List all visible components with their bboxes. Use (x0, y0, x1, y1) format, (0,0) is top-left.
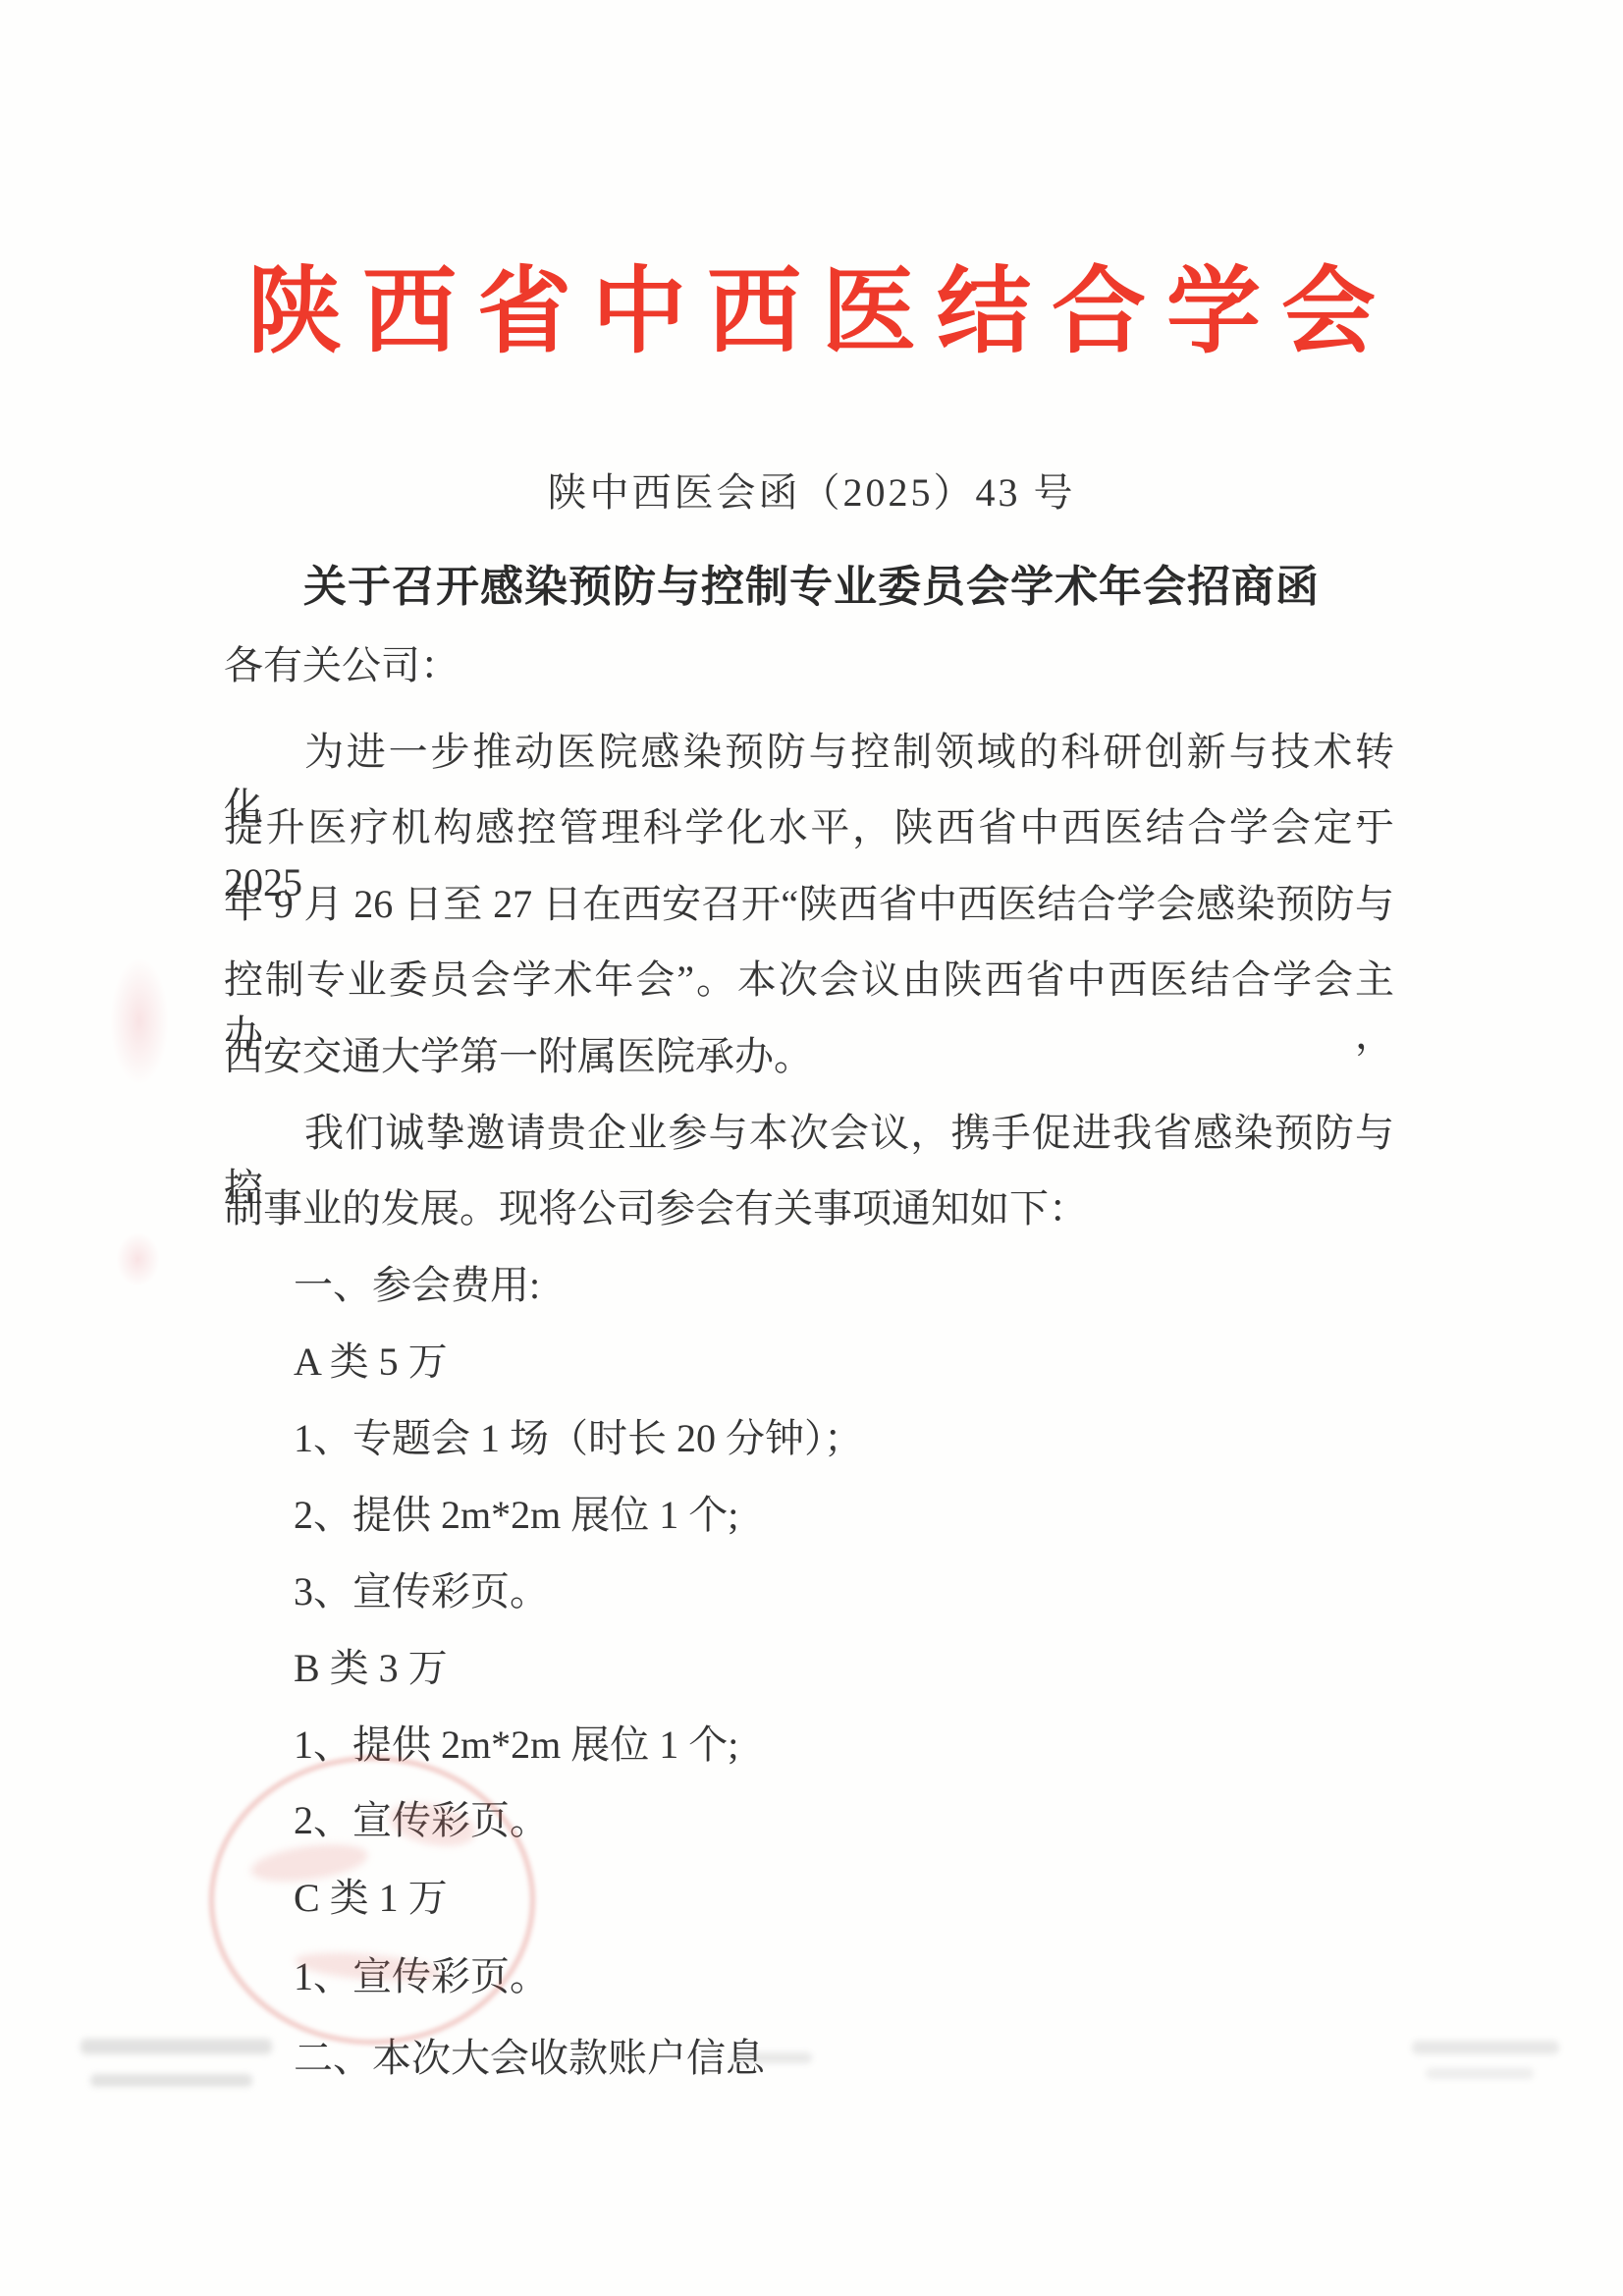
fee-item: 1、提供 2m*2m 展位 1 个; (294, 1718, 738, 1773)
org-title: 陕西省中西医结合学会 (0, 257, 1623, 367)
fee-item-b-class: B 类 3 万 (294, 1641, 448, 1696)
salutation: 各有关公司： (224, 638, 460, 693)
subject-line: 关于召开感染预防与控制专业委员会学术年会招商函 (0, 558, 1623, 617)
fee-item: 2、提供 2m*2m 展位 1 个; (294, 1488, 738, 1543)
scanned-letter-page: 陕西省中西医结合学会 陕中西医会函（2025）43 号 关于召开感染预防与控制专… (0, 0, 1623, 2296)
section1-heading: 一、参会费用: (294, 1258, 540, 1313)
bleed-through-text (1412, 2041, 1559, 2054)
doc-number: 陕中西医会函（2025）43 号 (0, 465, 1623, 520)
scan-artifact (116, 1232, 160, 1286)
para2-line: 制事业的发展。现将公司参会有关事项通知如下： (224, 1181, 1088, 1236)
fee-item: 1、专题会 1 场（时长 20 分钟）； (294, 1411, 863, 1466)
bleed-through-text (1426, 2068, 1534, 2079)
para1-line: 年 9 月 26 日至 27 日在西安召开“陕西省中西医结合学会感染预防与 (224, 877, 1394, 932)
scan-artifact (110, 957, 169, 1085)
bleed-through-text (90, 2074, 252, 2087)
fee-item: 1、宣传彩页。 (294, 1949, 549, 2004)
fee-item: 3、宣传彩页。 (294, 1564, 549, 1619)
section2-heading: 二、本次大会收款账户信息 (294, 2031, 765, 2086)
fee-item-a-class: A 类 5 万 (294, 1335, 448, 1390)
fee-item: 2、宣传彩页。 (294, 1793, 549, 1848)
bleed-through-text (81, 2039, 272, 2054)
para1-line: 西安交通大学第一附属医院承办。 (224, 1029, 813, 1084)
fee-item-c-class: C 类 1 万 (294, 1871, 448, 1926)
